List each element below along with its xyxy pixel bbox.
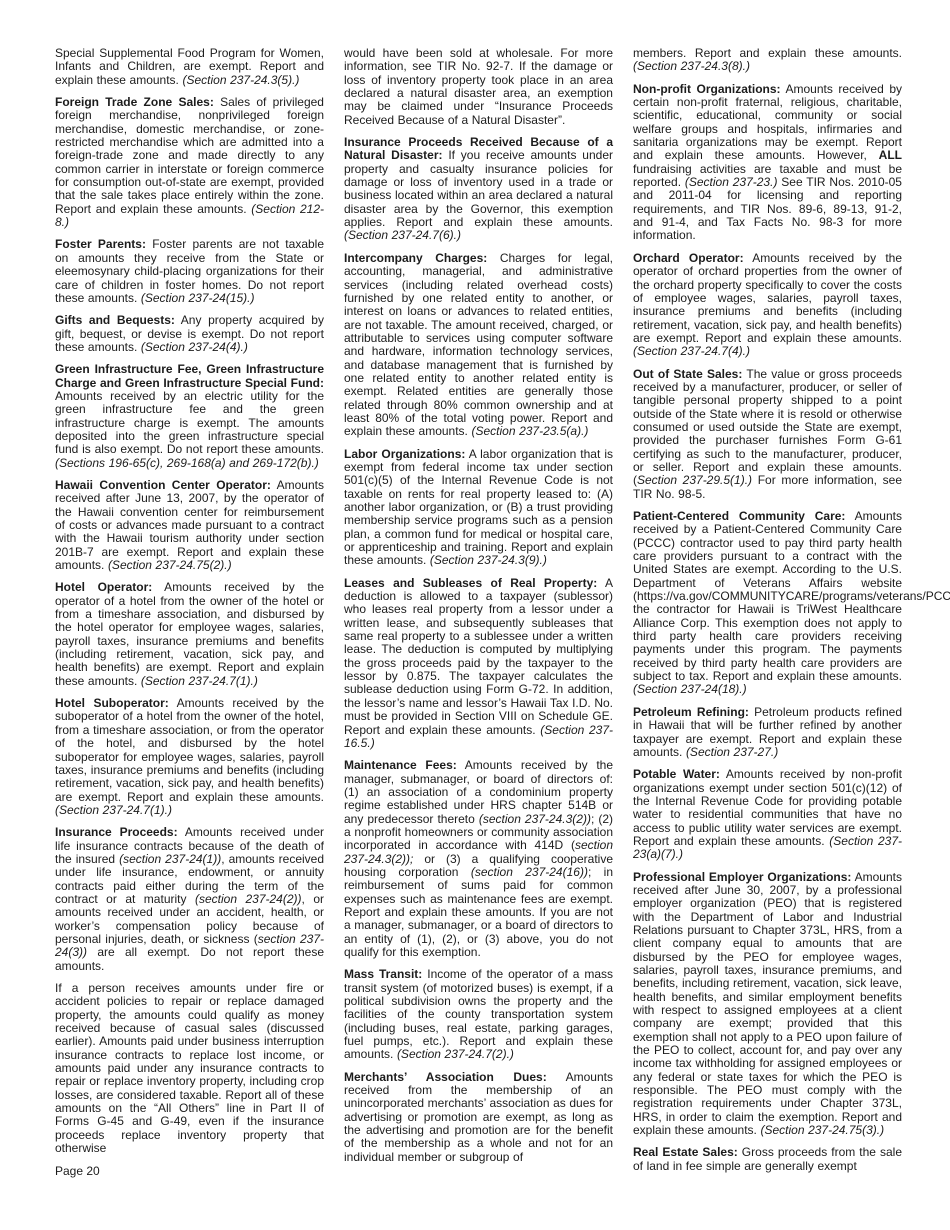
term-heading: Petroleum Refining: — [633, 705, 749, 719]
term-heading: Insurance Proceeds: — [55, 825, 178, 839]
paragraph: Non-profit Organizations: Amounts receiv… — [633, 83, 902, 243]
term-heading: Leases and Subleases of Real Property: — [344, 576, 597, 590]
paragraph: Insurance Proceeds Received Because of a… — [344, 136, 613, 243]
body-text: Amounts received from the membership of … — [344, 1070, 613, 1164]
column-1: Special Supplemental Food Program for Wo… — [55, 47, 324, 1182]
section-reference: (Section 237-24.7(2).) — [397, 1047, 514, 1061]
paragraph: Labor Organizations: A labor organizatio… — [344, 448, 613, 568]
section-reference: (Section 237-23.) — [685, 175, 778, 189]
body-text: Sales of privileged foreign merchandise,… — [55, 95, 324, 216]
paragraph: Petroleum Refining: Petroleum products r… — [633, 706, 902, 759]
term-heading: Intercompany Charges: — [344, 251, 487, 265]
term-heading: Potable Water: — [633, 767, 720, 781]
paragraph: would have been sold at wholesale. For m… — [344, 47, 613, 127]
body-text: A labor organization that is exempt from… — [344, 447, 613, 568]
term-heading: Non-profit Organizations: — [633, 82, 781, 96]
column-2: would have been sold at wholesale. For m… — [344, 47, 613, 1182]
term-heading: Foreign Trade Zone Sales: — [55, 95, 214, 109]
body-text: Amounts received by the suboperator of a… — [55, 696, 324, 803]
paragraph: Hotel Suboperator: Amounts received by t… — [55, 697, 324, 817]
term-heading: Labor Organizations: — [344, 447, 465, 461]
paragraph: If a person receives amounts under fire … — [55, 982, 324, 1155]
body-text: would have been sold at wholesale. For m… — [344, 46, 613, 127]
section-reference: (Section 237-24.7(1).) — [141, 674, 258, 688]
paragraph: Professional Employer Organizations: Amo… — [633, 871, 902, 1138]
paragraph: Maintenance Fees: Amounts received by th… — [344, 759, 613, 959]
section-reference: (Sections 196-65(c), 269-168(a) and 269-… — [55, 456, 319, 470]
document-page: Special Supplemental Food Program for Wo… — [0, 0, 950, 1230]
body-text: Amounts received by an electric utility … — [55, 389, 324, 456]
paragraph: members. Report and explain these amount… — [633, 47, 902, 74]
section-reference: (Section 237-24.7(6).) — [344, 228, 461, 242]
term-heading: Patient-Centered Community Care: — [633, 509, 845, 523]
term-heading: Hotel Suboperator: — [55, 696, 169, 710]
body-text: The value or gross proceeds received by … — [633, 367, 902, 488]
section-reference: (Section 237-24.75(2).) — [108, 558, 232, 572]
term-heading: Hawaii Convention Center Operator: — [55, 478, 271, 492]
body-text: A deduction is allowed to a taxpayer (su… — [344, 576, 613, 737]
term-heading: Hotel Operator: — [55, 580, 152, 594]
term-heading: Mass Transit: — [344, 967, 422, 981]
section-reference: (Section 237-24(15).) — [141, 291, 255, 305]
section-reference: (Section 237-24(4).) — [141, 340, 248, 354]
section-reference: (section 237-24(16)) — [471, 865, 588, 879]
section-reference: (Section 237-24.7(1).) — [55, 803, 172, 817]
term-heading: Out of State Sales: — [633, 367, 742, 381]
page-number: Page 20 — [55, 1165, 100, 1178]
paragraph: Mass Transit: Income of the operator of … — [344, 968, 613, 1061]
body-text: are all exempt. Do not report these amou… — [55, 945, 324, 972]
paragraph: Out of State Sales: The value or gross p… — [633, 368, 902, 501]
section-reference: (Section 237-24.75(3).) — [760, 1123, 884, 1137]
paragraph: Real Estate Sales: Gross proceeds from t… — [633, 1146, 902, 1173]
section-reference: (Section 237-24.7(4).) — [633, 344, 750, 358]
text-columns: Special Supplemental Food Program for Wo… — [55, 47, 904, 1182]
paragraph: Leases and Subleases of Real Property: A… — [344, 577, 613, 750]
body-text: Charges for legal, accounting, manageria… — [344, 251, 613, 438]
body-text: Amounts received by a Patient-Centered C… — [633, 509, 950, 683]
section-reference: Section 237-29.5(1).) — [637, 473, 752, 487]
body-text: Amounts received by the operator of orch… — [633, 251, 902, 345]
section-reference: (Section 237-24.3(9).) — [430, 553, 547, 567]
paragraph: Insurance Proceeds: Amounts received und… — [55, 826, 324, 973]
section-reference: (section 237-24(1)) — [119, 852, 221, 866]
term-heading: Foster Parents: — [55, 237, 146, 251]
body-text: ; in reimbursement of sums paid for comm… — [344, 865, 613, 959]
column-3: members. Report and explain these amount… — [633, 47, 902, 1182]
term-heading: Orchard Operator: — [633, 251, 744, 265]
section-reference: (section 237-24(2)) — [195, 892, 302, 906]
paragraph: Merchants’ Association Dues: Amounts rec… — [344, 1071, 613, 1164]
term-heading: Maintenance Fees: — [344, 758, 457, 772]
term-heading: Gifts and Bequests: — [55, 313, 175, 327]
term-heading: Professional Employer Organizations: — [633, 870, 851, 884]
body-text: If a person receives amounts under fire … — [55, 981, 324, 1155]
paragraph: Intercompany Charges: Charges for legal,… — [344, 252, 613, 439]
paragraph: Hawaii Convention Center Operator: Amoun… — [55, 479, 324, 572]
section-reference: (Section 237-23.5(a).) — [471, 424, 588, 438]
term-heading: ALL — [879, 148, 902, 162]
term-heading: Real Estate Sales: — [633, 1145, 738, 1159]
section-reference: (Section 237-27.) — [686, 745, 778, 759]
section-reference: (Section 237-24.3(5).) — [182, 73, 299, 87]
section-reference: (Section 237-24(18).) — [633, 682, 747, 696]
body-text: Amounts received by the operator of a ho… — [55, 580, 324, 687]
paragraph: Orchard Operator: Amounts received by th… — [633, 252, 902, 359]
paragraph: Special Supplemental Food Program for Wo… — [55, 47, 324, 87]
paragraph: Gifts and Bequests: Any property acquire… — [55, 314, 324, 354]
body-text: Amounts received after June 30, 2007, by… — [633, 870, 902, 1138]
paragraph: Foster Parents: Foster parents are not t… — [55, 238, 324, 305]
section-reference: (section 237-24.3(2)) — [479, 812, 591, 826]
section-reference: (Section 237-24.3(8).) — [633, 59, 750, 73]
paragraph: Foreign Trade Zone Sales: Sales of privi… — [55, 96, 324, 229]
term-heading: Green Infrastructure Fee, Green Infrastr… — [55, 362, 324, 389]
body-text: members. Report and explain these amount… — [633, 46, 902, 60]
paragraph: Green Infrastructure Fee, Green Infrastr… — [55, 363, 324, 470]
paragraph: Hotel Operator: Amounts received by the … — [55, 581, 324, 688]
term-heading: Merchants’ Association Dues: — [344, 1070, 547, 1084]
paragraph: Patient-Centered Community Care: Amounts… — [633, 510, 902, 697]
paragraph: Potable Water: Amounts received by non-p… — [633, 768, 902, 861]
